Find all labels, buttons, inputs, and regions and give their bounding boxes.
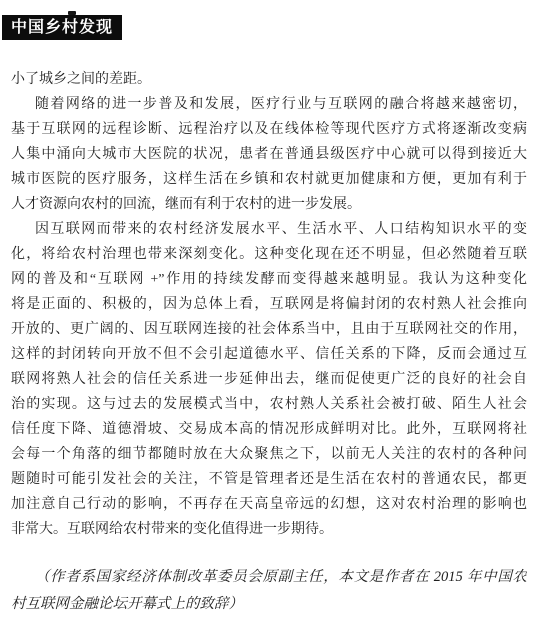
- section-title-badge: 中国乡村发现: [2, 15, 122, 40]
- text-line: 信任度下降、道德滑坡、交易成本高的情况形成鲜明对比。此外，互联网将社: [11, 417, 527, 442]
- text-line: 网的普及和“互联网 +”作用的持续发酵而变得越来越明显。我认为这种变化: [11, 267, 527, 292]
- text-line: 化，将给农村治理也带来深刻变化。这种变化现在还不明显，但必然随着互联: [11, 242, 527, 267]
- text-line: 村互联网金融论坛开幕式上的致辞）: [11, 591, 527, 618]
- document-page: 中国乡村发现 小了城乡之间的差距。随着网络的进一步普及和发展，医疗行业与互联网的…: [0, 0, 537, 620]
- text-line: 治的实现。这与过去的发展模式当中，农村熟人关系社会被打破、陌生人社会: [11, 392, 527, 417]
- text-line: 基于互联网的远程诊断、远程治疗以及在线体检等现代医疗方式将逐渐改变病: [11, 117, 527, 142]
- text-line: 随着网络的进一步普及和发展，医疗行业与互联网的融合将越来越密切，: [11, 92, 527, 117]
- text-line: 因互联网而带来的农村经济发展水平、生活水平、人口结构知识水平的变: [11, 217, 527, 242]
- text-line: 加注意自己行动的影响，不再存在天高皇帝远的幻想，这对农村治理的影响也: [11, 492, 527, 517]
- text-line: 小了城乡之间的差距。: [11, 67, 527, 92]
- text-line: 会每一个角落的细节都随时放在大众聚焦之下，以前无人关注的农村的各种问: [11, 442, 527, 467]
- article-text: 小了城乡之间的差距。随着网络的进一步普及和发展，医疗行业与互联网的融合将越来越密…: [11, 67, 527, 618]
- text-line: 这样的封闭转向开放不但不会引起道德水平、信任关系的下降，反而会通过互: [11, 342, 527, 367]
- text-line: 联网将熟人社会的信任关系进一步延伸出去，继而促使更广泛的良好的社会自: [11, 367, 527, 392]
- text-line: 人集中涌向大城市大医院的状况，患者在普通县级医疗中心就可以得到接近大: [11, 142, 527, 167]
- article-paragraphs: 小了城乡之间的差距。随着网络的进一步普及和发展，医疗行业与互联网的融合将越来越密…: [11, 67, 527, 542]
- text-line: 非常大。互联网给农村带来的变化值得进一步期待。: [11, 517, 527, 542]
- footnote: （作者系国家经济体制改革委员会原副主任，本文是作者在 2015 年中国农村互联网…: [11, 564, 527, 618]
- text-line: 题随时可能引发社会的关注，不管是管理者还是生活在农村的普通农民，都更: [11, 467, 527, 492]
- text-line: 将是正面的、积极的，因为总体上看，互联网是将偏封闭的农村熟人社会推向: [11, 292, 527, 317]
- text-line: 开放的、更广阔的、因互联网连接的社会体系当中，且由于互联网社交的作用，: [11, 317, 527, 342]
- text-line: （作者系国家经济体制改革委员会原副主任，本文是作者在 2015 年中国农: [11, 564, 527, 591]
- section-title-label: 中国乡村发现: [11, 19, 113, 36]
- text-line: 人才资源向农村的回流，继而有利于农村的进一步发展。: [11, 192, 527, 217]
- text-line: 城市医院的医疗服务，这样生活在乡镇和农村就更加健康和方便，更加有利于: [11, 167, 527, 192]
